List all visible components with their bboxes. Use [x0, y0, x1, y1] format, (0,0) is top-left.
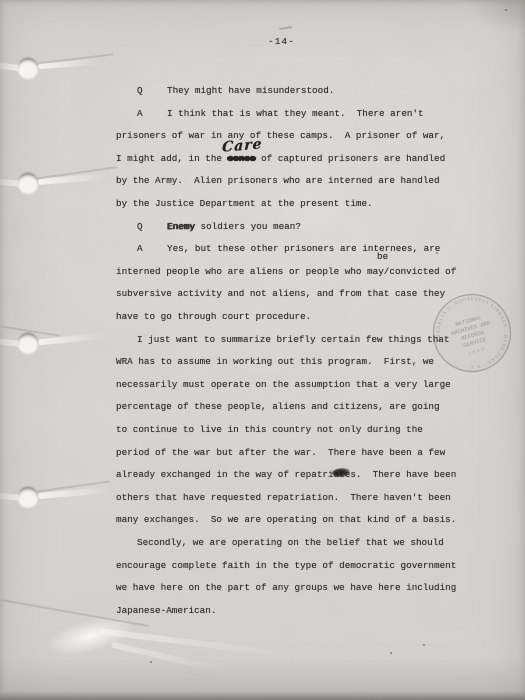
- transcript-line: by the Army. Alien prisoners who are int…: [116, 175, 440, 187]
- scan-corner-shadow: [465, 0, 525, 34]
- dust-speck: [150, 661, 152, 663]
- dust-speck: [505, 9, 507, 11]
- qa-label: A: [137, 108, 167, 120]
- transcript-line: AYes, but these other prisoners are inte…: [137, 243, 440, 255]
- transcript-line: Secondly, we are operating on the belief…: [137, 537, 444, 549]
- scan-bottom-edge: [0, 691, 525, 700]
- qa-label: Q: [137, 221, 167, 233]
- transcript-line: necessarily must operate on the assumpti…: [116, 379, 451, 391]
- dust-speck: [423, 644, 425, 646]
- punch-hole: [18, 333, 38, 353]
- line-text: I might add, in the: [116, 153, 228, 164]
- transcript-line: WRA has to assume in working out this pr…: [116, 356, 434, 368]
- pencil-mark: [279, 26, 292, 30]
- punch-hole: [18, 487, 38, 507]
- transcript-line: have to go through court procedure.: [116, 311, 311, 323]
- transcript-line: percentage of these people, aliens and c…: [116, 401, 440, 413]
- qa-label: Q: [137, 85, 167, 97]
- punch-hole: [18, 58, 38, 78]
- dust-speck: [390, 652, 392, 654]
- transcript-line: interned people who are aliens or people…: [116, 266, 456, 278]
- transcript-line: to continue to live in this country not …: [116, 424, 423, 436]
- transcript-line: prisoners of war in any of these camps. …: [116, 130, 445, 142]
- line-text: Yes, but these other prisoners are inter…: [167, 243, 440, 254]
- transcript-line: encourage complete faith in the type of …: [116, 560, 456, 572]
- transcript-line: many exchanges. So we are operating on t…: [116, 514, 456, 526]
- line-text: I think that is what they meant. There a…: [167, 108, 424, 119]
- punch-hole: [18, 173, 38, 193]
- transcript-line: already exchanged in the way of repatria…: [116, 469, 456, 481]
- line-text: soldiers you mean?: [195, 221, 301, 232]
- transcript-line: I might add, in the sense of captured pr…: [116, 153, 445, 165]
- transcript-line: we have here on the part of any groups w…: [116, 582, 456, 594]
- qa-label: A: [137, 243, 167, 255]
- transcript-line: I just want to summarize briefly certain…: [137, 334, 449, 346]
- transcript-line: QThey might have misunderstood.: [137, 85, 334, 97]
- transcript-line: AI think that is what they meant. There …: [137, 108, 424, 120]
- transcript-line: subversive activity and not aliens, and …: [116, 288, 445, 300]
- transcript-line: period of the war but after the war. The…: [116, 447, 445, 459]
- line-text: They might have misunderstood.: [167, 85, 334, 96]
- typed-insertion-be: be: [377, 251, 388, 262]
- page-number: -14-: [268, 36, 295, 47]
- page-sheet: FRANKLIN D. ROOSEVELT LIBRARY · HYDE PAR…: [0, 0, 525, 700]
- transcript-line: QEnemy soldiers you mean?: [137, 221, 301, 233]
- transcript-line: Japanese-American.: [116, 605, 216, 617]
- overtyped-word: Enemy: [167, 221, 195, 232]
- transcript-line: others that have requested repatriation.…: [116, 492, 451, 504]
- crease-highlight: [100, 628, 289, 657]
- line-text: of captured prisoners are handled: [256, 153, 446, 164]
- transcript-line: by the Justice Department at the present…: [116, 198, 373, 210]
